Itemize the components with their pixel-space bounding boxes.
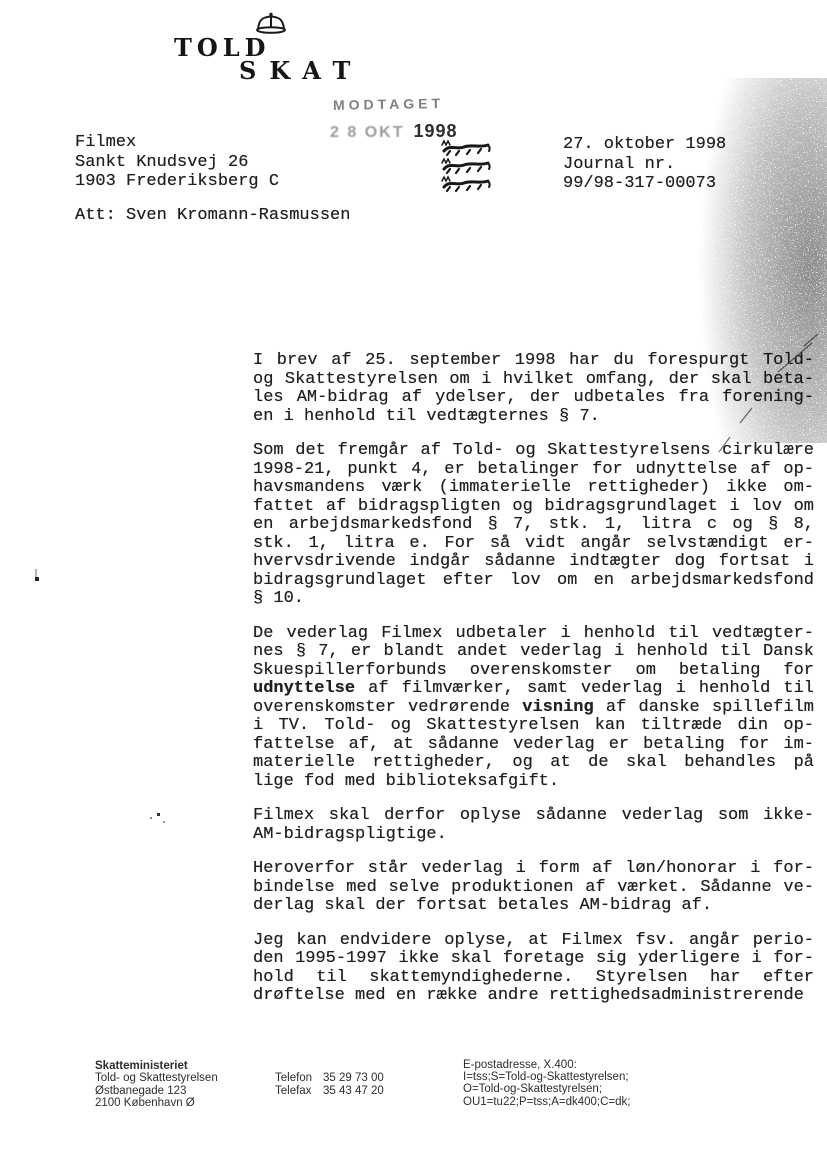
body-line: hvervsdrivende indgår sådanne indtægter …: [253, 553, 814, 572]
recipient-address: Filmex Sankt Knudsvej 26 1903 Frederiksb…: [75, 133, 279, 192]
logo-skat: SKAT: [239, 56, 363, 85]
body-line: drøftelse med en række andre rettighedsa…: [253, 987, 814, 1006]
body-line: udnyttelse af filmværker, samt vederlag …: [253, 680, 814, 699]
received-date-day-month: 2 8 OKT: [330, 124, 404, 141]
footer-fax-row: Telefax35 43 47 20: [275, 1085, 384, 1098]
footer-address-line: Østbanegade 123: [95, 1085, 218, 1097]
letter-date: 27. oktober 1998: [563, 135, 726, 155]
body-line: i TV. Told- og Skattestyrelsen kan tiltr…: [253, 717, 814, 736]
body-line: De vederlag Filmex udbetaler i henhold t…: [253, 625, 814, 644]
attention-line: Att: Sven Kromann-Rasmussen: [75, 206, 350, 225]
body-line: bindelse med selve produktionen af værke…: [253, 879, 814, 898]
body-line: og Skattestyrelsen om i hvilket omfang, …: [253, 371, 814, 390]
dust-speck: [35, 569, 37, 577]
letter-page: TOLD SKAT MODTAGET 2 8 OKT1998 Filmex Sa…: [0, 0, 827, 1169]
recipient-line: 1903 Frederiksberg C: [75, 172, 279, 192]
recipient-line: Filmex: [75, 133, 279, 153]
body-line: derlag skal der fortsat betales AM-bidra…: [253, 897, 814, 916]
paragraph: Som det fremgår af Told- og Skattestyrel…: [253, 442, 814, 609]
body-line: I brev af 25. september 1998 har du fore…: [253, 352, 814, 371]
journal-label: Journal nr.: [563, 155, 726, 175]
body-line: bidragsgrundlaget efter lov om en arbejd…: [253, 572, 814, 591]
dust-speck: [163, 821, 165, 823]
body-line: Skuespillerforbunds overenskomster om be…: [253, 662, 814, 681]
received-stamp: MODTAGET: [333, 95, 444, 113]
body-line: les AM-bidrag af ydelser, der udbetales …: [253, 389, 814, 408]
received-date-year: 1998: [413, 121, 457, 141]
footer-epost-line: O=Told-og-Skattestyrelsen;: [463, 1083, 631, 1095]
dust-speck: [150, 817, 152, 819]
footer-fax-value: 35 43 47 20: [323, 1085, 384, 1097]
footer-fax-label: Telefax: [275, 1085, 323, 1098]
body-line: stk. 1, litra e. For så vidt angår selvs…: [253, 535, 814, 554]
recipient-line: Sankt Knudsvej 26: [75, 153, 279, 173]
paragraph: Jeg kan endvidere oplyse, at Filmex fsv.…: [253, 932, 814, 1006]
body-line: Som det fremgår af Told- og Skattestyrel…: [253, 442, 814, 461]
footer-phone-row: Telefon35 29 73 00: [275, 1072, 384, 1085]
body-line: lige fod med biblioteksafgift.: [253, 773, 814, 792]
body-line: en i henhold til vedtægternes § 7.: [253, 408, 814, 427]
footer-epost-block: E-postadresse, X.400: I=tss;S=Told-og-Sk…: [463, 1059, 631, 1108]
footer-epost-line: I=tss;S=Told-og-Skattestyrelsen;: [463, 1071, 631, 1083]
footer-address-line: 2100 København Ø: [95, 1097, 218, 1109]
paragraph: Heroverfor står vederlag i form af løn/h…: [253, 860, 814, 916]
body-line: den 1995-1997 ikke skal foretage sig yde…: [253, 950, 814, 969]
footer-phone-block: Telefon35 29 73 00 Telefax35 43 47 20: [275, 1072, 384, 1097]
dust-speck: [35, 577, 39, 581]
body-line: AM-bidragspligtige.: [253, 826, 814, 845]
footer-phone-label: Telefon: [275, 1072, 323, 1085]
footer-epost-line: OU1=tu22;P=tss;A=dk400;C=dk;: [463, 1096, 631, 1108]
footer-phone-value: 35 29 73 00: [323, 1072, 384, 1084]
coat-of-arms-icon: [438, 139, 494, 193]
body-line: havsmandens værk (immaterielle rettighed…: [253, 479, 814, 498]
paragraph: I brev af 25. september 1998 har du fore…: [253, 352, 814, 426]
body-line: overenskomster vedrørende visning af dan…: [253, 699, 814, 718]
body-line: hold til skattemyndighederne. Styrelsen …: [253, 969, 814, 988]
dust-speck: [157, 813, 160, 816]
body-line: materielle rettigheder, og at de skal be…: [253, 754, 814, 773]
body-line: fattelse af, at sådanne vederlag er beta…: [253, 736, 814, 755]
letter-body: I brev af 25. september 1998 har du fore…: [253, 352, 814, 1022]
body-line: 1998-21, punkt 4, er betalinger for udny…: [253, 461, 814, 480]
body-line: Jeg kan endvidere oplyse, at Filmex fsv.…: [253, 932, 814, 951]
body-line: § 10.: [253, 590, 814, 609]
footer-ministry-name: Skatteministeriet: [95, 1060, 218, 1072]
body-line: nes § 7, er blandt andet vederlag i henh…: [253, 643, 814, 662]
crown-icon: [251, 12, 291, 34]
paragraph: Filmex skal derfor oplyse sådanne vederl…: [253, 807, 814, 844]
paragraph: De vederlag Filmex udbetaler i henhold t…: [253, 625, 814, 792]
letter-meta: 27. oktober 1998 Journal nr. 99/98-317-0…: [563, 135, 726, 194]
body-line: Heroverfor står vederlag i form af løn/h…: [253, 860, 814, 879]
body-line: en arbejdsmarkedsfond § 7, stk. 1, litra…: [253, 516, 814, 535]
footer-epost-line: E-postadresse, X.400:: [463, 1059, 631, 1071]
body-line: Filmex skal derfor oplyse sådanne vederl…: [253, 807, 814, 826]
footer-address-line: Told- og Skattestyrelsen: [95, 1072, 218, 1084]
journal-number: 99/98-317-00073: [563, 174, 726, 194]
body-line: fattet af bidragspligten og bidragsgrund…: [253, 498, 814, 517]
footer-ministry-address: Skatteministeriet Told- og Skattestyrels…: [95, 1060, 218, 1110]
